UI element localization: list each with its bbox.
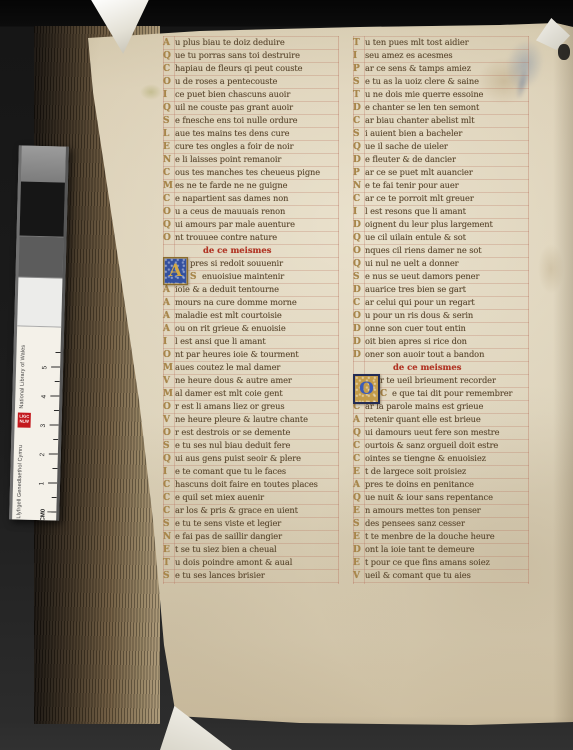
verse-text: ueil & comant que tu aies (365, 569, 471, 582)
verse-line: Amaladie est mlt courtoisie (163, 309, 339, 322)
verse-text: pres te doins en penitance (365, 478, 474, 491)
verse-text: enuoisiue maintenir (202, 270, 284, 283)
verse-text: ue tu porras sans toi destruire (175, 49, 300, 62)
verse-text: e te fai tenir pour auer (365, 179, 459, 192)
verse-line: Se tu ses nul biau deduit fere (163, 439, 339, 452)
verse-text: e que tai dit pour remembrer (392, 387, 512, 400)
verse-text: e fai pas de saillir dangier (175, 530, 282, 543)
verse-line: Il est ansi que li amant (163, 335, 339, 348)
verse-line: Se nus se ueut damors pener (353, 270, 529, 283)
verse-text: l est ansi que li amant (175, 335, 266, 348)
verse-line: Mal damer est mlt coie gent (163, 387, 339, 400)
verse-line: Au plus biau te doiz deduire (163, 36, 339, 49)
verse-line: Ont par heures ioie & tourment (163, 348, 339, 361)
verse-text: ar ce te porroit mlt greuer (365, 192, 474, 205)
verse-line: Dauarice tres bien se gart (353, 283, 529, 296)
verse-line: Car los & pris & grace en uient (163, 504, 339, 517)
verse-text: u ten pues mlt tost aidier (365, 36, 469, 49)
grayscale-patch-black (20, 181, 65, 237)
verse-text: ar biau chanter abelist mlt (365, 114, 474, 127)
verse-text: u pour un ris dous & serin (365, 309, 473, 322)
verse-line: Dont la ioie tant te demeure (353, 543, 529, 556)
verse-text: aues coutez le mal damer (175, 361, 280, 374)
cm-scale: CM0 12345 (38, 327, 61, 520)
verse-text: t de largece soit proisiez (365, 465, 466, 478)
verse-text: retenir quant elle est brieue (365, 413, 481, 426)
verse-line: Se tu ses lances brisier (163, 569, 339, 582)
verse-line: De chanter se len ten semont (353, 101, 529, 114)
rubric-heading: de ce meismes (353, 361, 529, 374)
photo-stage: Au plus biau te doiz deduireQue tu porra… (0, 0, 573, 750)
verse-text: ioie & a deduit tentourne (175, 283, 279, 296)
verse-line: Qui amours par male auenture (163, 218, 339, 231)
verse-line: Ne te fai tenir pour auer (353, 179, 529, 192)
verse-line: Se tu te sens viste et legier (163, 517, 339, 530)
verse-line: Vne heure dous & autre amer (163, 374, 339, 387)
verse-line: Quil ne couste pas grant auoir (163, 101, 339, 114)
verse-text: oner son auoir tout a bandon (365, 348, 484, 361)
verse-line: Par ce se puet mlt auancier (353, 166, 529, 179)
verse-text: ar ce sens & tamps amiez (365, 62, 471, 75)
parchment-stain (538, 244, 564, 294)
verse-line: Cointes se tiengne & enuoisiez (353, 452, 529, 465)
verse-text: e tu ses nul biau deduit fere (175, 439, 290, 452)
verse-text: nt trouuee contre nature (175, 231, 277, 244)
verse-line: Tu ne dois mie querre essoine (353, 88, 529, 101)
verse-text: e nus se ueut damors pener (365, 270, 479, 283)
verse-line: Vne heure pleure & lautre chante (163, 413, 339, 426)
verse-line-dropcap: Apres si redoit souuenir (163, 257, 339, 270)
verse-line: Ce quil set miex auenir (163, 491, 339, 504)
verse-line: Ou pour un ris dous & serin (353, 309, 529, 322)
verse-line: Onques cil riens damer ne sot (353, 244, 529, 257)
verse-text: u de roses a pentecouste (175, 75, 277, 88)
verse-text: ourtois & sanz orgueil doit estre (365, 439, 498, 452)
verse-text: u plus biau te doiz deduire (175, 36, 285, 49)
cm-scale-number: 4 (41, 395, 48, 399)
verse-text: e fleuter & de dancier (365, 153, 456, 166)
dark-edge-notch (558, 44, 570, 60)
verse-line: Ie te comant que tu le faces (163, 465, 339, 478)
verse-text: u dois poindre amont & aual (175, 556, 292, 569)
verse-text: uil ne couste pas grant auoir (175, 101, 293, 114)
verse-text: u ne dois mie querre essoine (365, 88, 483, 101)
verse-line: Iseu amez es acesmes (353, 49, 529, 62)
verse-line: Car ce te porroit mlt greuer (353, 192, 529, 205)
library-name-welsh: Llyfrgell Genedlaethol Cymru (16, 445, 24, 519)
verse-line: Chascuns doit faire en toutes places (163, 478, 339, 491)
verse-text: ui aus gens puist seoir & plere (175, 452, 301, 465)
verse-line: Ne fai pas de saillir dangier (163, 530, 339, 543)
verse-line: En amours mettes ton penser (353, 504, 529, 517)
verse-text: e tu as la uoiz clere & saine (365, 75, 479, 88)
verse-line: Doner son auoir tout a bandon (353, 348, 529, 361)
verse-line-dropcap: Or te ueil brieument recorder (353, 374, 529, 387)
verse-line: Aou on rit grieue & enuoisie (163, 322, 339, 335)
verse-line: Et de largece soit proisiez (353, 465, 529, 478)
verse-text: ne heure dous & autre amer (175, 374, 292, 387)
verse-line: Chapiau de fleurs qi peut couste (163, 62, 339, 75)
verse-line: Mes ne te farde ne ne guigne (163, 179, 339, 192)
verse-text: ar la parole mains est grieue (365, 400, 483, 413)
verse-text: t te menbre de la douche heure (365, 530, 495, 543)
verse-text: pres si redoit souuenir (190, 257, 283, 270)
verse-text: al damer est mlt coie gent (175, 387, 283, 400)
verse-text: auarice tres bien se gart (365, 283, 466, 296)
verse-text: ar celui qui pour un regart (365, 296, 475, 309)
verse-line: Et pour ce que fins amans soiez (353, 556, 529, 569)
verse-line: Tu dois poindre amont & aual (163, 556, 339, 569)
color-calibration-ruler: National Library of Wales LlGC NLW Llyfr… (9, 145, 69, 520)
verse-text: ne heure pleure & lautre chante (175, 413, 308, 426)
verse-line: Doit bien apres si rice don (353, 335, 529, 348)
library-name-english: National Library of Wales (19, 345, 27, 409)
verse-text: e napartient sas dames non (175, 192, 288, 205)
verse-text: maladie est mlt courtoisie (175, 309, 282, 322)
verse-line: Courtois & sanz orgueil doit estre (353, 439, 529, 452)
verse-text: n amours mettes ton penser (365, 504, 481, 517)
verse-text: es ne te farde ne ne guigne (175, 179, 287, 192)
cm-scale-number: 5 (41, 366, 48, 370)
verse-text: ue il sache de uieler (365, 140, 448, 153)
verse-line: Tu ten pues mlt tost aidier (353, 36, 529, 49)
verse-line: De fleuter & de dancier (353, 153, 529, 166)
verse-line: Et se tu siez bien a cheual (163, 543, 339, 556)
verse-text: ui nul ne uelt a donner (365, 257, 459, 270)
verse-line: Vueil & comant que tu aies (353, 569, 529, 582)
verse-line: Il est resons que li amant (353, 205, 529, 218)
verse-line: Or est li amans liez or greus (163, 400, 339, 413)
verse-line: Si auient bien a bacheler (353, 127, 529, 140)
verse-text: seu amez es acesmes (365, 49, 453, 62)
text-column-left: Au plus biau te doiz deduireQue tu porra… (163, 36, 339, 584)
verse-text: ue nuit & iour sans repentance (365, 491, 493, 504)
verse-text: u a ceus de mauuais renon (175, 205, 285, 218)
verse-line: Doignent du leur plus largement (353, 218, 529, 231)
verse-line: Ou a ceus de mauuais renon (163, 205, 339, 218)
verse-line: Aioie & a deduit tentourne (163, 283, 339, 296)
verse-line: Se fnesche ens toi nulle ordure (163, 114, 339, 127)
verse-text: hascuns doit faire en toutes places (175, 478, 318, 491)
verse-text: ue cil uilain entule & sot (365, 231, 466, 244)
verse-text: oignent du leur plus largement (365, 218, 493, 231)
verse-line: Amours na cure domme morne (163, 296, 339, 309)
verse-text: e chanter se len ten semont (365, 101, 479, 114)
verse-line: Ou de roses a pentecouste (163, 75, 339, 88)
verse-line: Sdes pensees sanz cesser (353, 517, 529, 530)
grayscale-patch-light (17, 277, 62, 327)
verse-line: Car biau chanter abelist mlt (353, 114, 529, 127)
verse-text: ce puet bien chascuns auoir (175, 88, 290, 101)
ruler-frame-gap (21, 145, 66, 182)
verse-text: e li laisses point remanoir (175, 153, 281, 166)
verse-text: ointes se tiengne & enuoisiez (365, 452, 486, 465)
line-initial: S (163, 570, 175, 583)
verse-line: Que il sache de uieler (353, 140, 529, 153)
parchment-stain (140, 84, 162, 100)
verse-line: Ne li laisses point remanoir (163, 153, 339, 166)
verse-text: ou on rit grieue & enuoisie (175, 322, 286, 335)
verse-line: Donne son cuer tout entin (353, 322, 529, 335)
cm-scale-number: 3 (40, 424, 47, 428)
verse-line: Senuoisiue maintenir (163, 270, 339, 283)
text-column-right: Tu ten pues mlt tost aidierIseu amez es … (353, 36, 529, 584)
verse-line: Laue tes mains tes dens cure (163, 127, 339, 140)
grayscale-patch-dark (18, 236, 63, 278)
cm-scale-start: CM0 (40, 509, 46, 521)
verse-line: Que tu porras sans toi destruire (163, 49, 339, 62)
verse-text: ui amours par male auenture (175, 218, 295, 231)
verse-line: Se tu as la uoiz clere & saine (353, 75, 529, 88)
verse-text: ui damours ueut fere son mestre (365, 426, 499, 439)
verse-line: Car celui qui pour un regart (353, 296, 529, 309)
verse-line: Ecure tes ongles a foir de noir (163, 140, 339, 153)
verse-line: Qui nul ne uelt a donner (353, 257, 529, 270)
ruler-label: National Library of Wales LlGC NLW Llyfr… (12, 326, 61, 520)
verse-line: Ce napartient sas dames non (163, 192, 339, 205)
verse-text: aue tes mains tes dens cure (175, 127, 289, 140)
nlw-logo-line2: NLW (18, 419, 31, 425)
decorated-initial: A (163, 257, 188, 285)
verse-text: onne son cuer tout entin (365, 322, 466, 335)
verse-line: Ont trouuee contre nature (163, 231, 339, 244)
verse-text: e tu ses lances brisier (175, 569, 265, 582)
verse-text: r est li amans liez or greus (175, 400, 285, 413)
verse-text: t pour ce que fins amans soiez (365, 556, 490, 569)
verse-text: cure tes ongles a foir de noir (175, 140, 293, 153)
verse-line: Qui damours ueut fere son mestre (353, 426, 529, 439)
cm-scale-number: 2 (39, 453, 46, 457)
verse-line: Qui aus gens puist seoir & plere (163, 452, 339, 465)
rubric-heading: de ce meismes (163, 244, 339, 257)
nlw-logo: LlGC NLW (18, 412, 31, 427)
verse-line: Par ce sens & tamps amiez (353, 62, 529, 75)
verse-text: nques cil riens damer ne sot (365, 244, 481, 257)
verse-text: des pensees sanz cesser (365, 517, 465, 530)
cm-scale-number: 1 (38, 482, 45, 486)
verse-text: l est resons que li amant (365, 205, 466, 218)
verse-text: e tu te sens viste et legier (175, 517, 281, 530)
verse-line: Maues coutez le mal damer (163, 361, 339, 374)
verse-text: hapiau de fleurs qi peut couste (175, 62, 302, 75)
verse-line: Ice puet bien chascuns auoir (163, 88, 339, 101)
verse-text: ar los & pris & grace en uient (175, 504, 298, 517)
verse-text: ar ce se puet mlt auancier (365, 166, 473, 179)
verse-text: e te comant que tu le faces (175, 465, 286, 478)
decorated-initial: O (353, 374, 380, 404)
verse-text: ont la ioie tant te demeure (365, 543, 474, 556)
verse-text: e fnesche ens toi nulle ordure (175, 114, 297, 127)
line-initial: V (353, 570, 365, 583)
verse-text: e quil set miex auenir (175, 491, 264, 504)
verse-line: Que cil uilain entule & sot (353, 231, 529, 244)
verse-text: oit bien apres si rice don (365, 335, 467, 348)
verse-line: Que nuit & iour sans repentance (353, 491, 529, 504)
verse-text: i auient bien a bacheler (365, 127, 462, 140)
verse-line: Et te menbre de la douche heure (353, 530, 529, 543)
verse-text: t se tu siez bien a cheual (175, 543, 277, 556)
verse-text: nt par heures ioie & tourment (175, 348, 299, 361)
verse-line: Apres te doins en penitance (353, 478, 529, 491)
verse-line: Aretenir quant elle est brieue (353, 413, 529, 426)
verse-text: mours na cure domme morne (175, 296, 297, 309)
verse-text: r te ueil brieument recorder (380, 374, 496, 387)
verse-line: Cous tes manches tes cheueus pigne (163, 166, 339, 179)
verse-text: r est destrois or se demente (175, 426, 290, 439)
verse-text: ous tes manches tes cheueus pigne (175, 166, 320, 179)
verse-line: Or est destrois or se demente (163, 426, 339, 439)
